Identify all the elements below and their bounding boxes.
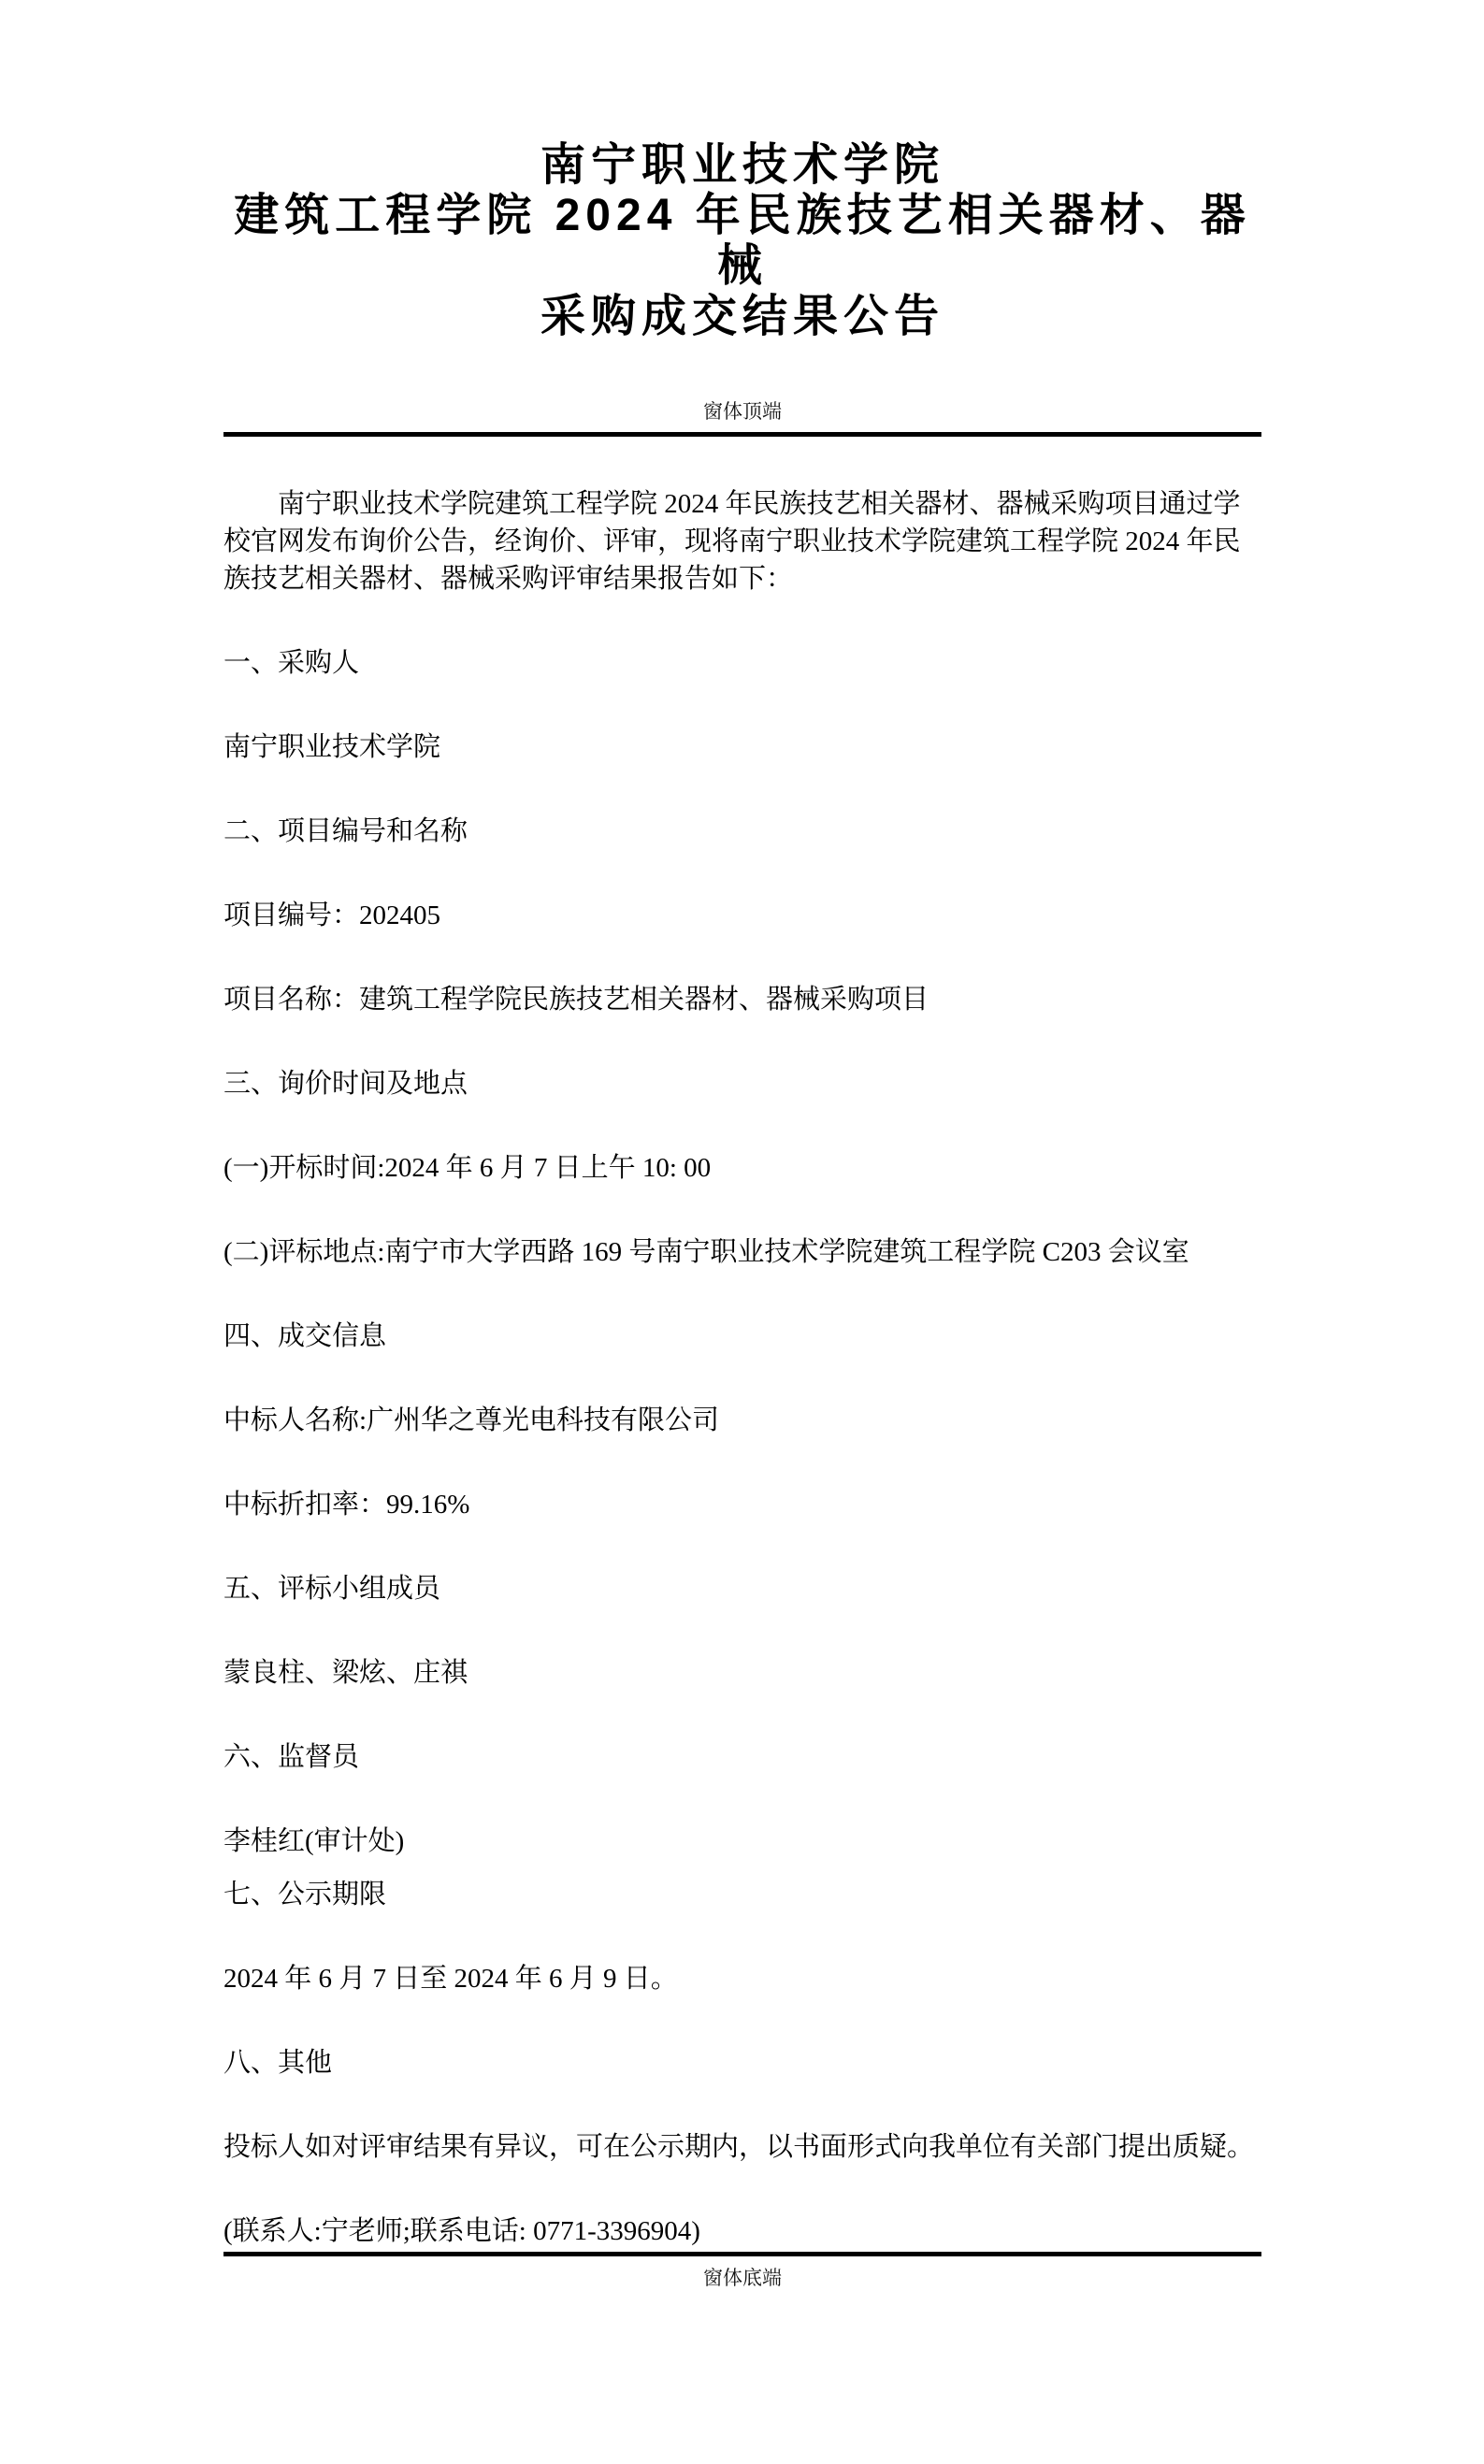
form-bottom-marker: 窗体底端 [223, 2268, 1261, 2288]
page-title-line-1: 南宁职业技术学院 [223, 140, 1261, 191]
section-8-heading: 八、其他 [223, 2044, 1261, 2082]
form-top-marker: 窗体顶端 [223, 401, 1261, 422]
section-3-heading: 三、询价时间及地点 [223, 1065, 1261, 1102]
form-top-rule [223, 432, 1261, 437]
winning-discount-rate: 中标折扣率：99.16% [223, 1486, 1261, 1523]
project-name: 项目名称：建筑工程学院民族技艺相关器材、器械采购项目 [223, 981, 1261, 1018]
bid-opening-time: (一)开标时间:2024 年 6 月 7 日上午 10: 00 [223, 1149, 1261, 1187]
publicity-period: 2024 年 6 月 7 日至 2024 年 6 月 9 日。 [223, 1960, 1261, 1997]
section-4-heading: 四、成交信息 [223, 1318, 1261, 1355]
section-6-heading: 六、监督员 [223, 1738, 1261, 1776]
section-5-heading: 五、评标小组成员 [223, 1570, 1261, 1607]
bid-evaluation-location: (二)评标地点:南宁市大学西路 169 号南宁职业技术学院建筑工程学院 C203… [223, 1233, 1261, 1271]
section-1-heading: 一、采购人 [223, 644, 1261, 682]
form-bottom-rule [223, 2252, 1261, 2256]
section-7-heading: 七、公示期限 [223, 1876, 1261, 1913]
document-content: 南宁职业技术学院 建筑工程学院 2024 年民族技艺相关器材、器械 采购成交结果… [223, 140, 1261, 2288]
contact-info: (联系人:宁老师;联系电话: 0771-3396904) [223, 2212, 1261, 2250]
evaluation-team-members: 蒙良柱、梁炫、庄祺 [223, 1654, 1261, 1692]
page-title: 南宁职业技术学院 建筑工程学院 2024 年民族技艺相关器材、器械 采购成交结果… [223, 140, 1261, 342]
objection-notice: 投标人如对评审结果有异议，可在公示期内，以书面形式向我单位有关部门提出质疑。 [223, 2128, 1261, 2166]
document-body: 南宁职业技术学院建筑工程学院 2024 年民族技艺相关器材、器械采购项目通过学校… [223, 485, 1261, 2250]
announcement-page: { "page": { "background": "#ffffff", "te… [0, 0, 1484, 2464]
purchaser-name: 南宁职业技术学院 [223, 728, 1261, 766]
winning-bidder-name: 中标人名称:广州华之尊光电科技有限公司 [223, 1402, 1261, 1439]
page-title-line-3: 采购成交结果公告 [223, 292, 1261, 342]
supervisor-name: 李桂红(审计处) [223, 1823, 1261, 1860]
section-2-heading: 二、项目编号和名称 [223, 813, 1261, 850]
intro-paragraph: 南宁职业技术学院建筑工程学院 2024 年民族技艺相关器材、器械采购项目通过学校… [223, 485, 1261, 598]
project-number: 项目编号：202405 [223, 897, 1261, 934]
page-title-line-2: 建筑工程学院 2024 年民族技艺相关器材、器械 [223, 191, 1261, 292]
